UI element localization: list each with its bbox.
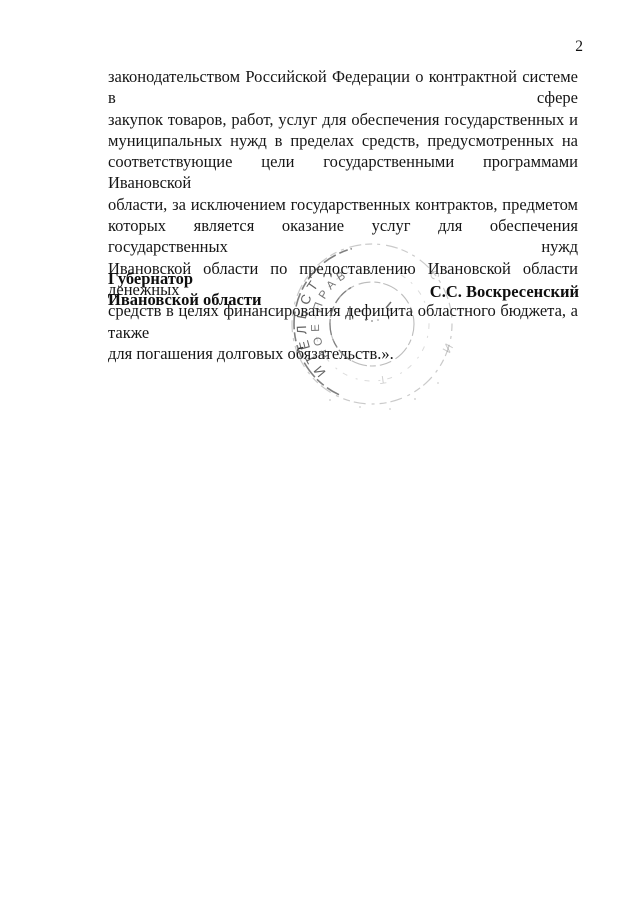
signer-title-line1: Губернатор (108, 268, 261, 289)
paragraph-line: закупок товаров, работ, услуг для обеспе… (108, 109, 578, 130)
stamp-bottom-text: Т (373, 373, 387, 387)
signer-title: Губернатор Ивановской области (108, 268, 261, 311)
paragraph-line: законодательством Российской Федерации о… (108, 66, 578, 109)
paragraph-line: соответствующие цели государственными пр… (108, 151, 578, 194)
stamp-inner-ring-left (330, 288, 351, 361)
stamp-ink-specks (329, 382, 439, 410)
stamp-bottom-text-path: Т (373, 373, 387, 387)
stamp-right-text: С И (425, 268, 457, 382)
stamp-center-mark (350, 302, 391, 322)
document-page: 2 законодательством Российской Федерации… (0, 0, 640, 905)
signer-title-line2: Ивановской области (108, 289, 261, 310)
stamp-right-text-path: С И (425, 268, 457, 382)
paragraph-line: области, за исключением государственных … (108, 194, 578, 215)
official-stamp: ИТЕЛЬСТ НОЕ ПРАВ С И Т (290, 240, 460, 415)
page-number: 2 (540, 38, 583, 56)
paragraph-line: муниципальных нужд в пределах средств, п… (108, 130, 578, 151)
